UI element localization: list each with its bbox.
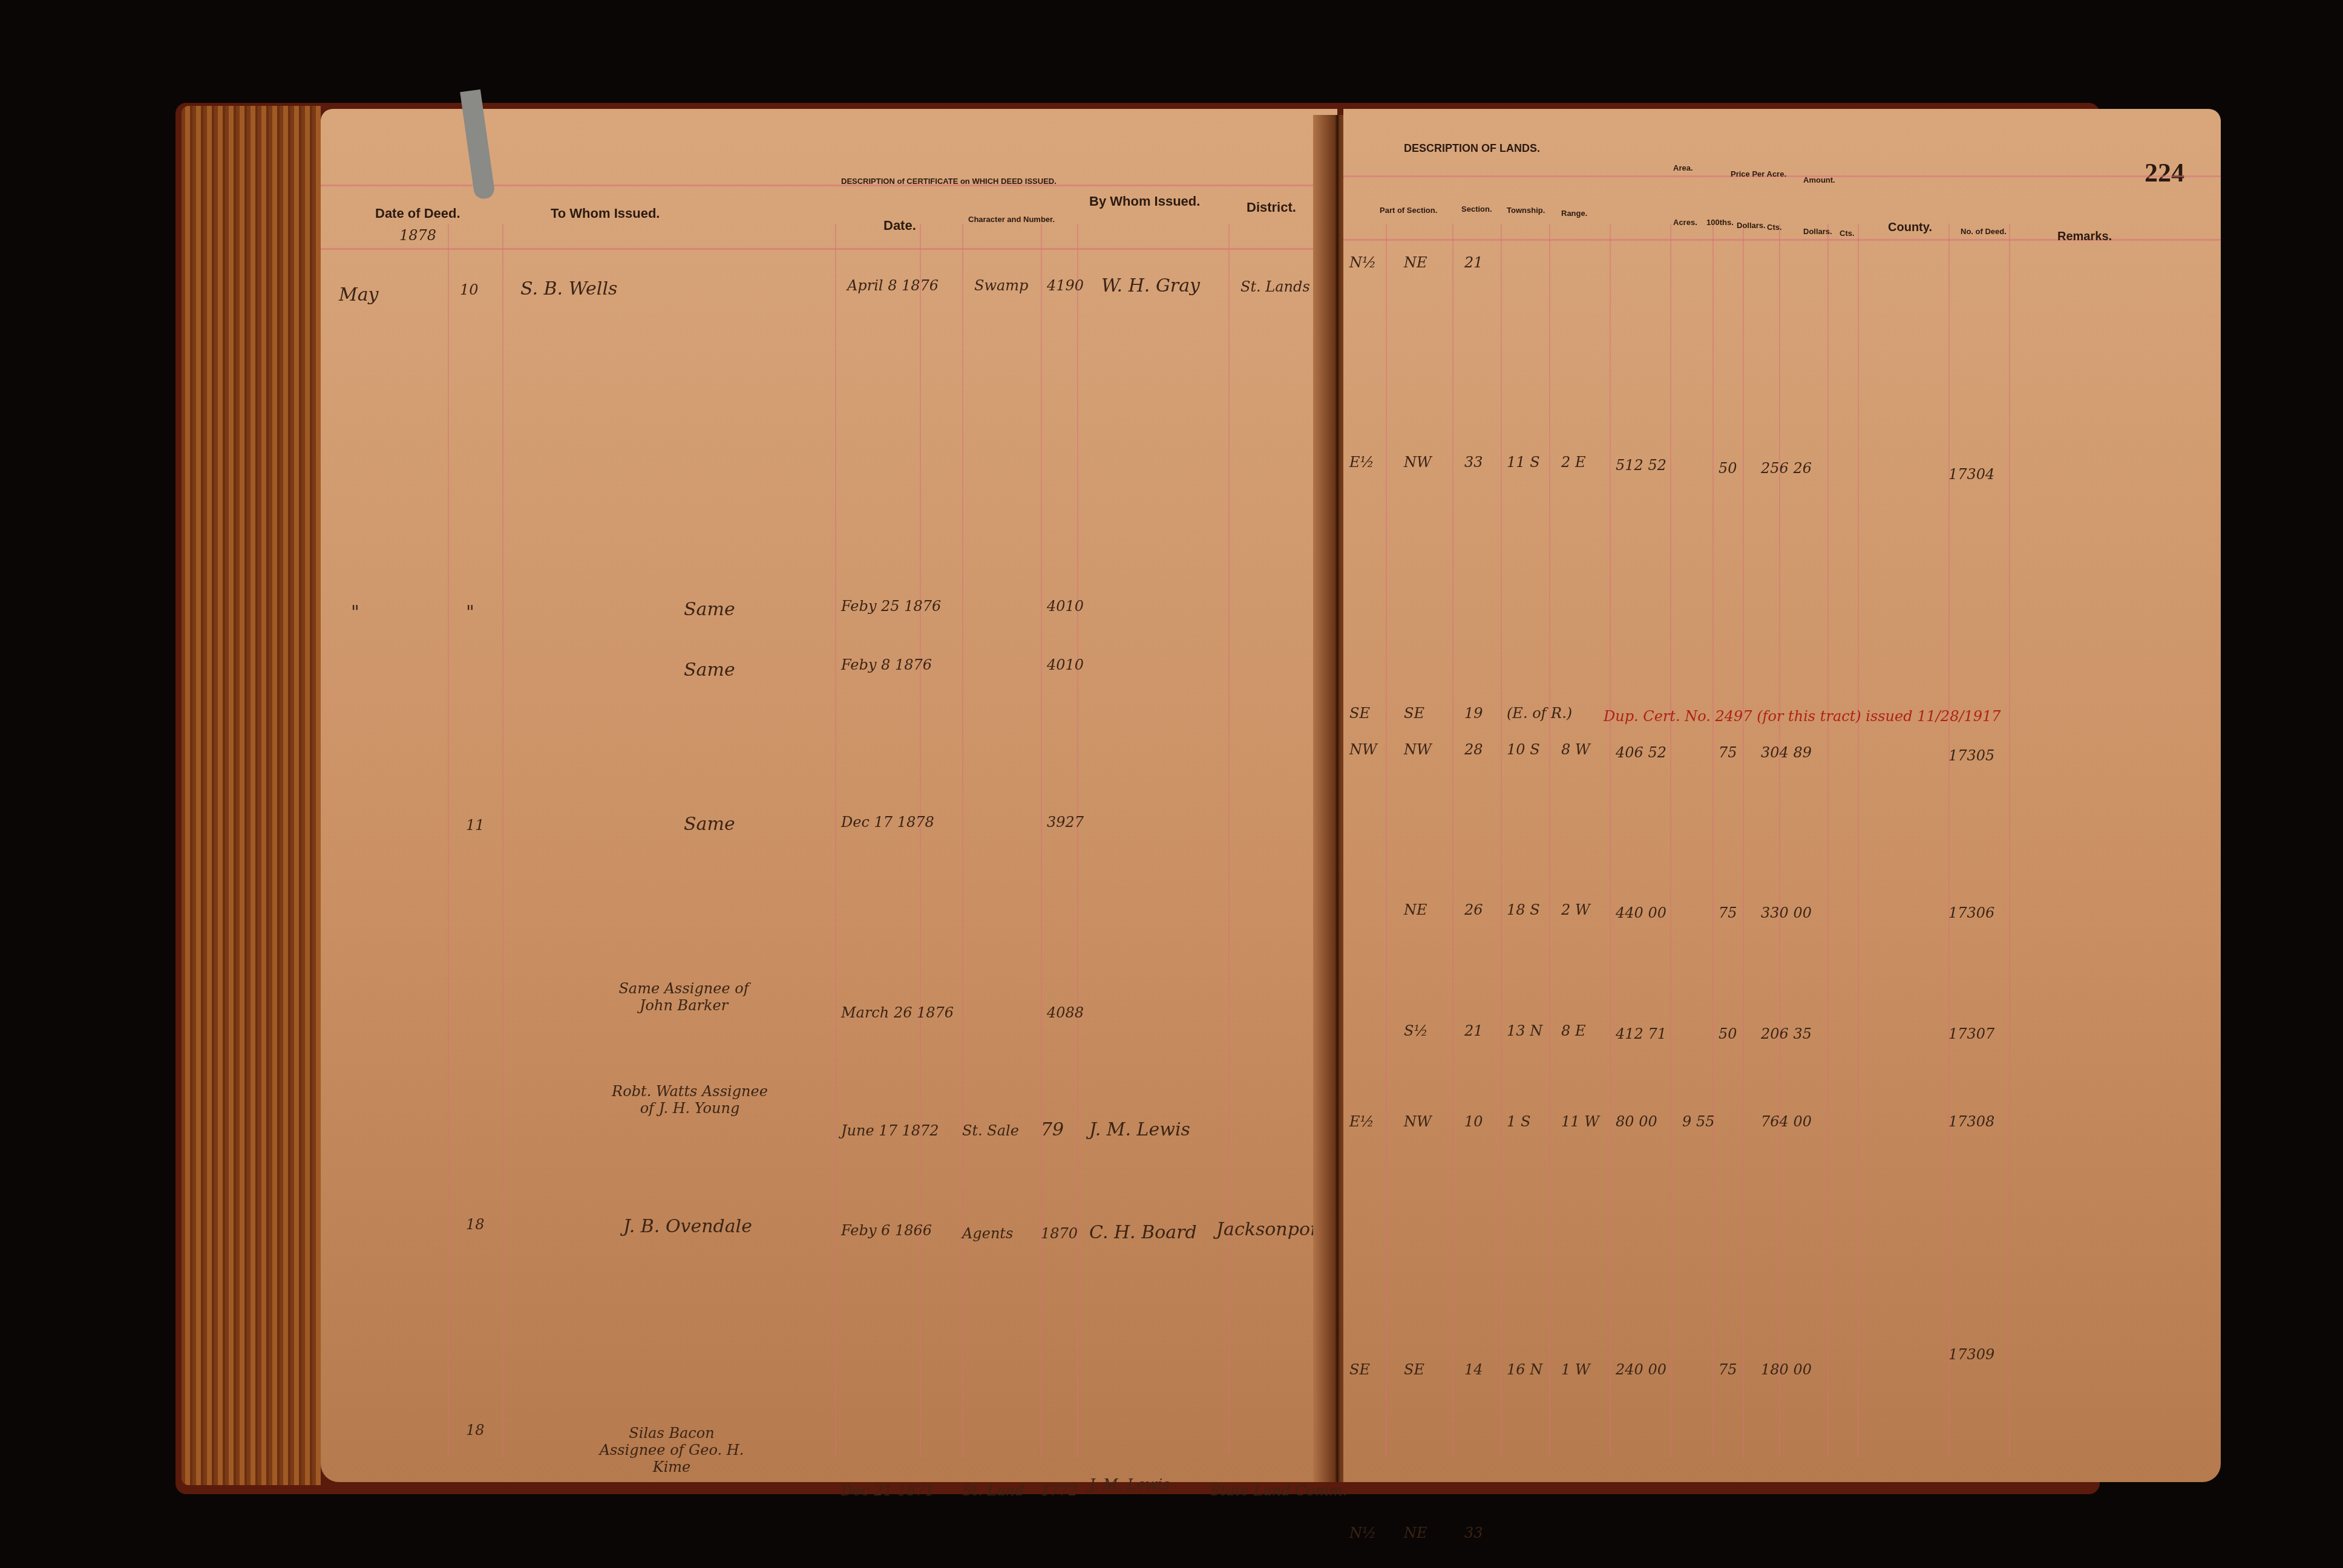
land-amount: 330 00 bbox=[1761, 904, 1812, 921]
column-divider bbox=[1610, 224, 1611, 1458]
header-no-of-deed: No. of Deed. bbox=[1961, 227, 2007, 236]
header-bottom-rule bbox=[321, 248, 1337, 250]
entry-by-whom: C. H. Board bbox=[1089, 1222, 1197, 1243]
entry-number: 4190 bbox=[1047, 277, 1084, 294]
land-amount: 304 89 bbox=[1761, 744, 1812, 761]
land-deed-no: 17306 bbox=[1948, 904, 1994, 921]
column-divider bbox=[1549, 224, 1550, 1458]
ledger-book: Date of Deed. 1878 To Whom Issued. DESCR… bbox=[175, 91, 2100, 1500]
land-part: NW bbox=[1349, 741, 1377, 758]
column-divider bbox=[1948, 224, 1950, 1458]
column-divider bbox=[835, 224, 836, 1458]
land-deed-no: 17304 bbox=[1948, 466, 1994, 483]
header-township: Township. bbox=[1507, 206, 1545, 215]
column-divider bbox=[1670, 224, 1671, 1458]
entry-character: St. Land bbox=[962, 1482, 1024, 1499]
entry-by-whom: J. M. Lewis bbox=[1089, 1119, 1190, 1140]
land-range: 2 E bbox=[1561, 454, 1585, 471]
entry-name: Same bbox=[684, 659, 735, 681]
entry-day: 11 bbox=[466, 817, 485, 834]
entry-name: Robt. Watts Assignee of J. H. Young bbox=[611, 1083, 768, 1117]
land-price: 9 55 bbox=[1682, 1113, 1714, 1130]
left-page: Date of Deed. 1878 To Whom Issued. DESCR… bbox=[321, 109, 1337, 1482]
entry-cert-date: Dec 21 1871 bbox=[841, 1482, 934, 1499]
column-divider bbox=[1712, 224, 1714, 1458]
column-divider bbox=[920, 224, 921, 1458]
land-township: 18 S bbox=[1507, 901, 1540, 918]
land-section: 21 bbox=[1464, 254, 1483, 271]
header-part-of-section: Part of Section. bbox=[1380, 206, 1437, 215]
land-range: 8 W bbox=[1561, 741, 1590, 758]
land-section: 14 bbox=[1464, 1361, 1483, 1378]
header-range: Range. bbox=[1561, 209, 1587, 218]
land-amount: 180 00 bbox=[1761, 1361, 1812, 1378]
land-township: 13 N bbox=[1507, 1022, 1542, 1039]
header-price-cents: Cts. bbox=[1767, 223, 1782, 232]
column-divider bbox=[1743, 224, 1744, 1458]
column-divider bbox=[1452, 224, 1453, 1458]
column-divider bbox=[1386, 224, 1387, 1458]
entry-cert-date: June 17 1872 bbox=[841, 1122, 939, 1139]
page-number: 224 bbox=[2145, 157, 2184, 188]
land-quarter: NE bbox=[1404, 901, 1427, 918]
entry-name: Same bbox=[684, 599, 735, 620]
land-quarter: NE bbox=[1404, 1524, 1427, 1541]
entry-month: " bbox=[351, 602, 359, 623]
header-price-per-acre: Price Per Acre. bbox=[1731, 169, 1786, 178]
land-amount: 256 26 bbox=[1761, 460, 1812, 477]
entry-cert-date: Feby 8 1876 bbox=[841, 656, 932, 673]
header-section: Section. bbox=[1461, 204, 1492, 214]
land-range: 11 W bbox=[1561, 1113, 1599, 1130]
header-amount-cents: Cts. bbox=[1840, 229, 1855, 238]
land-acres: 512 52 bbox=[1616, 457, 1666, 474]
entry-character: Swamp bbox=[974, 277, 1028, 294]
entry-day: 18 bbox=[466, 1216, 485, 1233]
entry-month: May bbox=[339, 284, 379, 305]
header-remarks: Remarks. bbox=[2057, 230, 2112, 244]
entry-character: St. Sale bbox=[962, 1122, 1019, 1139]
land-quarter: SE bbox=[1404, 1361, 1424, 1378]
page-edges-left bbox=[182, 106, 321, 1485]
land-quarter: NW bbox=[1404, 741, 1432, 758]
entry-number: 4010 bbox=[1047, 656, 1084, 673]
land-range: 8 E bbox=[1561, 1022, 1585, 1039]
column-divider bbox=[448, 224, 449, 1458]
entry-name: S. B. Wells bbox=[520, 278, 617, 299]
header-amount-dollars: Dollars. bbox=[1803, 227, 1832, 236]
entry-district: Jacksonport bbox=[1216, 1219, 1326, 1240]
header-price-dollars: Dollars. bbox=[1737, 221, 1766, 230]
entry-cert-date: Feby 6 1866 bbox=[841, 1222, 932, 1239]
entry-day: 10 bbox=[460, 281, 479, 298]
entry-name: Silas Bacon Assignee of Geo. H. Kime bbox=[599, 1425, 744, 1475]
header-area: Area. bbox=[1673, 163, 1693, 172]
entry-number: 4088 bbox=[1047, 1004, 1084, 1021]
land-section: 19 bbox=[1464, 705, 1483, 722]
land-amount: 764 00 bbox=[1761, 1113, 1812, 1130]
column-divider bbox=[1501, 224, 1502, 1458]
land-township: 1 S bbox=[1507, 1113, 1530, 1130]
land-quarter: NW bbox=[1404, 1113, 1432, 1130]
column-divider bbox=[1077, 224, 1078, 1458]
land-section: 33 bbox=[1464, 454, 1483, 471]
entry-day: " bbox=[466, 602, 474, 623]
entry-cert-date: Feby 25 1876 bbox=[841, 598, 941, 615]
land-deed-no: 17309 bbox=[1948, 1346, 1994, 1363]
land-amount: 206 35 bbox=[1761, 1025, 1812, 1042]
entry-district: State Land Comm. bbox=[1210, 1482, 1348, 1499]
entry-by-whom: W. H. Gray bbox=[1101, 275, 1200, 296]
land-part: E½ bbox=[1349, 1113, 1374, 1130]
land-section: 26 bbox=[1464, 901, 1483, 918]
entry-cert-date: Dec 17 1878 bbox=[841, 814, 934, 831]
land-township: 11 S bbox=[1507, 454, 1540, 471]
entry-cert-date: April 8 1876 bbox=[847, 277, 939, 294]
entry-cert-date: March 26 1876 bbox=[841, 1004, 954, 1021]
land-part: N½ bbox=[1349, 1524, 1376, 1541]
land-deed-no: 17305 bbox=[1948, 747, 1994, 764]
entry-name: J. B. Ovendale bbox=[623, 1216, 752, 1237]
entry-number: 4010 bbox=[1047, 598, 1084, 615]
right-page: 224 DESCRIPTION OF LANDS. Part of Sectio… bbox=[1343, 109, 2221, 1482]
land-price: 75 bbox=[1719, 744, 1737, 761]
header-description-certificate: DESCRIPTION of CERTIFICATE on WHICH DEED… bbox=[841, 177, 1057, 186]
column-divider bbox=[1779, 224, 1780, 1458]
land-section: 10 bbox=[1464, 1113, 1483, 1130]
land-quarter: NW bbox=[1404, 454, 1432, 471]
land-quarter: SE bbox=[1404, 705, 1424, 722]
land-acres: 80 00 bbox=[1616, 1113, 1657, 1130]
header-date-of-deed: Date of Deed. bbox=[375, 206, 460, 221]
land-price: 50 bbox=[1719, 460, 1737, 477]
land-price: 75 bbox=[1719, 904, 1737, 921]
column-divider bbox=[1858, 224, 1859, 1458]
header-county: County. bbox=[1888, 221, 1932, 235]
header-acres: Acres. bbox=[1673, 218, 1697, 227]
land-section: 28 bbox=[1464, 741, 1483, 758]
year: 1878 bbox=[399, 227, 436, 244]
land-quarter: S½ bbox=[1404, 1022, 1428, 1039]
header-by-whom-issued: By Whom Issued. bbox=[1089, 194, 1200, 209]
header-to-whom-issued: To Whom Issued. bbox=[551, 206, 660, 221]
land-range: 1 W bbox=[1561, 1361, 1590, 1378]
land-price: 50 bbox=[1719, 1025, 1737, 1042]
land-section: 33 bbox=[1464, 1524, 1483, 1541]
entry-name: Same bbox=[684, 814, 735, 835]
land-township: 10 S bbox=[1507, 741, 1540, 758]
land-deed-no: 17307 bbox=[1948, 1025, 1994, 1042]
land-township: 16 N bbox=[1507, 1361, 1542, 1378]
land-acres: 240 00 bbox=[1616, 1361, 1666, 1378]
entry-number: 1772 bbox=[1041, 1482, 1078, 1499]
entry-day: 18 bbox=[466, 1422, 485, 1439]
land-part: N½ bbox=[1349, 254, 1376, 271]
land-range: 2 W bbox=[1561, 901, 1590, 918]
land-price: 75 bbox=[1719, 1361, 1737, 1378]
header-district: District. bbox=[1247, 200, 1296, 215]
column-divider bbox=[1827, 224, 1829, 1458]
column-divider bbox=[1228, 224, 1230, 1458]
column-divider bbox=[2009, 224, 2010, 1458]
land-note: (E. of R.) bbox=[1507, 705, 1572, 722]
land-acres: 440 00 bbox=[1616, 904, 1666, 921]
land-part: E½ bbox=[1349, 454, 1374, 471]
entry-number: 1870 bbox=[1041, 1225, 1078, 1242]
header-description-lands: DESCRIPTION OF LANDS. bbox=[1404, 142, 1540, 155]
entry-number: 3927 bbox=[1047, 814, 1084, 831]
column-divider bbox=[1041, 224, 1042, 1458]
entry-number: 79 bbox=[1041, 1119, 1064, 1140]
land-acres: 406 52 bbox=[1616, 744, 1666, 761]
column-divider bbox=[962, 224, 963, 1458]
header-date: Date. bbox=[883, 218, 916, 234]
column-divider bbox=[502, 224, 503, 1458]
entry-name: Same Assignee of John Barker bbox=[605, 980, 762, 1014]
header-amount: Amount. bbox=[1803, 175, 1835, 185]
land-part: SE bbox=[1349, 705, 1370, 722]
entry-by-whom: J. M. Lewis bbox=[1089, 1476, 1170, 1493]
header-character-number: Character and Number. bbox=[968, 215, 1055, 224]
red-annotation: Dup. Cert. No. 2497 (for this tract) iss… bbox=[1604, 708, 2001, 725]
entry-character: Agents bbox=[962, 1225, 1013, 1242]
land-quarter: NE bbox=[1404, 254, 1427, 271]
land-part: SE bbox=[1349, 1361, 1370, 1378]
header-hundredths: 100ths. bbox=[1706, 218, 1734, 227]
land-acres: 412 71 bbox=[1616, 1025, 1666, 1042]
land-deed-no: 17308 bbox=[1948, 1113, 1994, 1130]
land-section: 21 bbox=[1464, 1022, 1483, 1039]
